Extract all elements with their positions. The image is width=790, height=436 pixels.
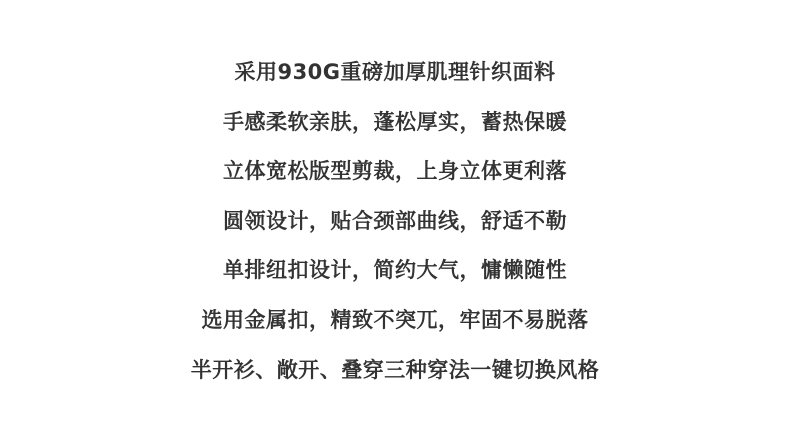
feature-wear-styles: 半开衫、敞开、叠穿三种穿法一键切换风格 <box>0 354 790 404</box>
feature-metal-buttons: 选用金属扣，精致不突兀，牢固不易脱落 <box>0 304 790 354</box>
product-feature-list: 采用930G重磅加厚肌理针织面料 手感柔软亲肤，蓬松厚实，蓄热保暖 立体宽松版型… <box>0 56 790 403</box>
feature-collar: 圆领设计，贴合颈部曲线，舒适不勒 <box>0 205 790 255</box>
feature-buttons: 单排纽扣设计，简约大气，慵懒随性 <box>0 254 790 304</box>
feature-fit: 立体宽松版型剪裁，上身立体更利落 <box>0 155 790 205</box>
feature-fabric: 采用930G重磅加厚肌理针织面料 <box>0 56 790 106</box>
feature-comfort: 手感柔软亲肤，蓬松厚实，蓄热保暖 <box>0 106 790 156</box>
